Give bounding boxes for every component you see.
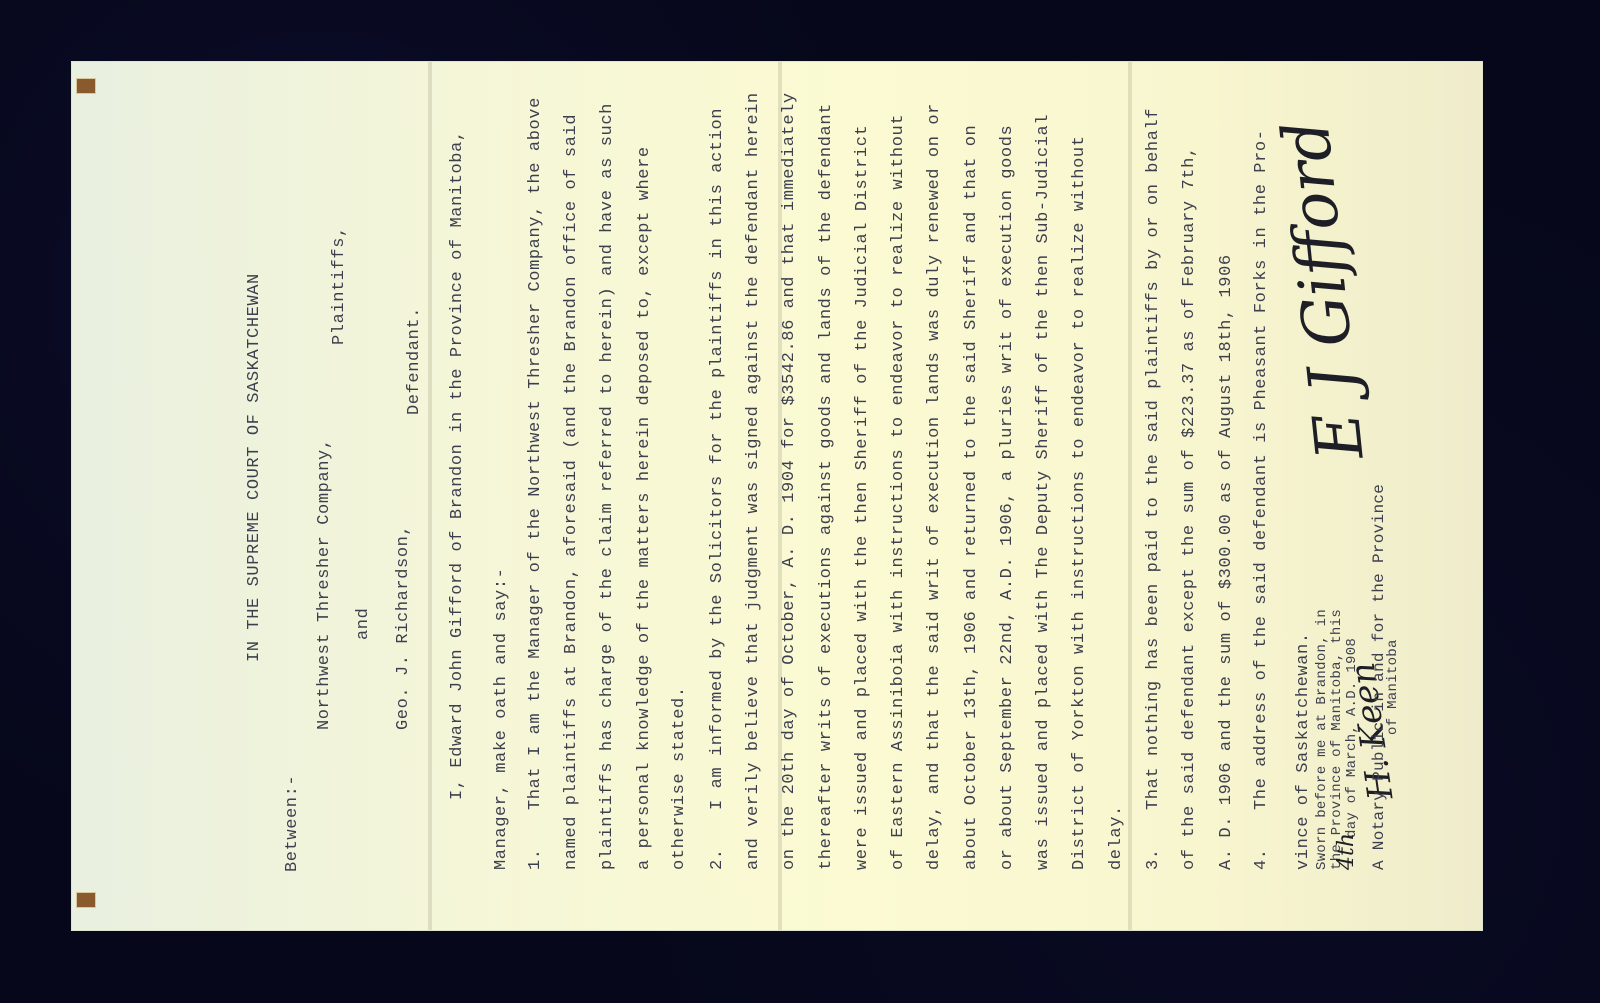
jurat-day-handwritten: 4th <box>1334 833 1359 870</box>
paragraph-line: plaintiffs has charge of the claim refer… <box>598 103 618 870</box>
paragraph-line: That nothing has been paid to the said p… <box>1144 108 1164 810</box>
paragraph-line: otherwise stated. <box>670 686 690 870</box>
paragraph-line: of the said defendant except the sum of … <box>1180 146 1200 870</box>
between-label: Between:- <box>283 775 303 872</box>
defendant-role: Defendant. <box>405 307 425 415</box>
affidavit-document: IN THE SUPREME COURT OF SASKATCHEWAN Bet… <box>72 62 1482 930</box>
intro-line: Manager, make oath and say:- <box>492 568 512 870</box>
and-label: and <box>354 608 374 640</box>
fold-line <box>428 62 432 930</box>
paragraph-line: District of Yorkton with instructions to… <box>1070 135 1090 870</box>
jurat-line: the Province of Manitoba, this <box>1330 609 1344 870</box>
paragraph-line: were issued and placed with the then She… <box>853 125 873 870</box>
paragraph-line: delay. <box>1107 805 1127 870</box>
fold-line <box>1128 62 1132 930</box>
paragraph-line: thereafter writs of executions against g… <box>817 103 837 870</box>
plaintiff-role: Plaintiffs, <box>330 226 350 345</box>
paragraph-line: A. D. 1906 and the sum of $300.00 as of … <box>1217 254 1237 870</box>
paragraph-number: 4. <box>1252 848 1272 870</box>
paragraph-line: named plaintiffs at Brandon, aforesaid (… <box>562 114 582 870</box>
paragraph-line: about October 13th, 1906 and returned to… <box>962 125 982 870</box>
paragraph-line: was issued and placed with The Deputy Sh… <box>1034 114 1054 870</box>
plaintiff-party: Northwest Thresher Company, <box>315 438 335 730</box>
paragraph-line: I am informed by the Solicitors for the … <box>708 108 728 810</box>
paragraph-line: on the 20th day of October, A. D. 1904 f… <box>780 92 800 870</box>
paragraph-line: a personal knowledge of the matters here… <box>635 146 655 870</box>
paragraph-line: The address of the said defendant is Phe… <box>1252 129 1272 810</box>
fastener-tab <box>76 78 96 94</box>
paragraph-line: delay, and that the said writ of executi… <box>925 103 945 870</box>
defendant-party: Geo. J. Richardson, <box>394 525 414 730</box>
paragraph-line: of Eastern Assiniboia with instructions … <box>889 114 909 870</box>
fastener-tab <box>76 892 96 908</box>
paragraph-line: and verily believe that judgment was sig… <box>744 92 764 870</box>
paragraph-line: vince of Saskatchewan. <box>1294 632 1314 870</box>
paragraph-number: 3. <box>1144 848 1164 870</box>
deponent-signature: E J Gifford <box>1269 117 1378 463</box>
paragraph-number: 1. <box>526 848 546 870</box>
court-title: IN THE SUPREME COURT OF SASKATCHEWAN <box>245 273 265 662</box>
paragraph-number: 2. <box>708 848 728 870</box>
jurat-line: Sworn before me at Brandon, in <box>1315 609 1329 870</box>
paragraph-line: or about September 22nd, A.D. 1906, a pl… <box>998 125 1018 870</box>
paragraph-line: That I am the Manager of the Northwest T… <box>526 97 546 810</box>
notary-line: A Notary Public in and for the Province <box>1372 484 1386 870</box>
intro-line: I, Edward John Gifford of Brandon in the… <box>448 130 468 800</box>
notary-line: of Manitoba <box>1386 639 1400 735</box>
